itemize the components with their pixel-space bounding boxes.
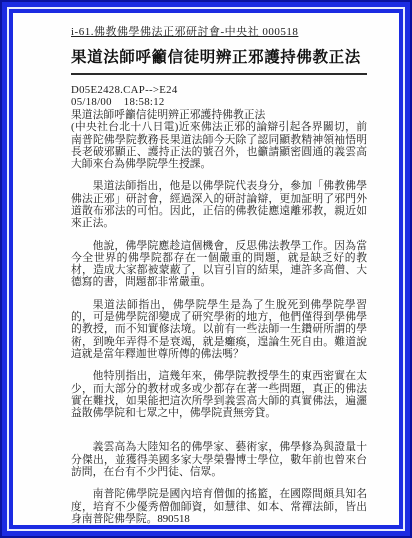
article-paragraph: 果道法師指出，佛學院學生是為了生脫死到佛學院學習的，可是佛學院卻變成了研究學術的…	[71, 299, 367, 360]
article-paragraph: 南普陀佛學院是國內培育僧伽的搖籃，在國際間頗具知名度，培育不少優秀僧伽師資，如慧…	[71, 488, 367, 525]
article-paragraph: (中央社台北十八日電)近來佛法正邪的論辯引起各界關切，前南普陀佛學院教務長果道法…	[71, 121, 367, 170]
article-paragraph: 義雲高為大陸知名的佛學家、藝術家，佛學修為與證量十分傑出，並獲得美國多家大學榮譽…	[71, 441, 367, 478]
article-title: 果道法師呼籲信徒明辨正邪護持佛教正法	[71, 45, 367, 67]
file-reference: D05E2428.CAP-->E24	[71, 84, 367, 96]
time-text: 18:58:12	[124, 96, 165, 108]
article-body: (中央社台北十八日電)近來佛法正邪的論辯引起各界關切，前南普陀佛學院教務長果道法…	[71, 121, 367, 525]
article-paragraph: 他特別指出，這幾年來，佛學院教授學生的東西密實在太少，而大部分的教材或多或少都存…	[71, 370, 367, 419]
article-paragraph: 果道法師指出，他是以佛學院代表身分，參加「佛教佛學佛法正邪」研討會，經過深入的研…	[71, 180, 367, 229]
article-paragraph: 他說，佛學院應趁這個機會，反思佛法教學工作。因為當今全世界的佛學院都存在一個嚴重…	[71, 240, 367, 289]
date-text: 05/18/00	[71, 96, 112, 108]
document: i-61.佛教佛學佛法正邪研討會-中央社 000518 果道法師呼籲信徒明辨正邪…	[13, 13, 399, 525]
frame-pale-stripe: i-61.佛教佛學佛法正邪研討會-中央社 000518 果道法師呼籲信徒明辨正邪…	[7, 7, 405, 531]
timestamp-line: 05/18/0018:58:12	[71, 96, 367, 108]
page-frame: i-61.佛教佛學佛法正邪研討會-中央社 000518 果道法師呼籲信徒明辨正邪…	[0, 0, 412, 538]
headline-line: 果道法師呼籲信徒明辨正邪護持佛教正法	[71, 109, 367, 121]
frame-blue-outer: i-61.佛教佛學佛法正邪研討會-中央社 000518 果道法師呼籲信徒明辨正邪…	[2, 2, 410, 536]
frame-blue-inner: i-61.佛教佛學佛法正邪研討會-中央社 000518 果道法師呼籲信徒明辨正邪…	[9, 9, 403, 529]
divider-rule	[71, 73, 367, 75]
catalog-line: i-61.佛教佛學佛法正邪研討會-中央社 000518	[71, 25, 367, 39]
